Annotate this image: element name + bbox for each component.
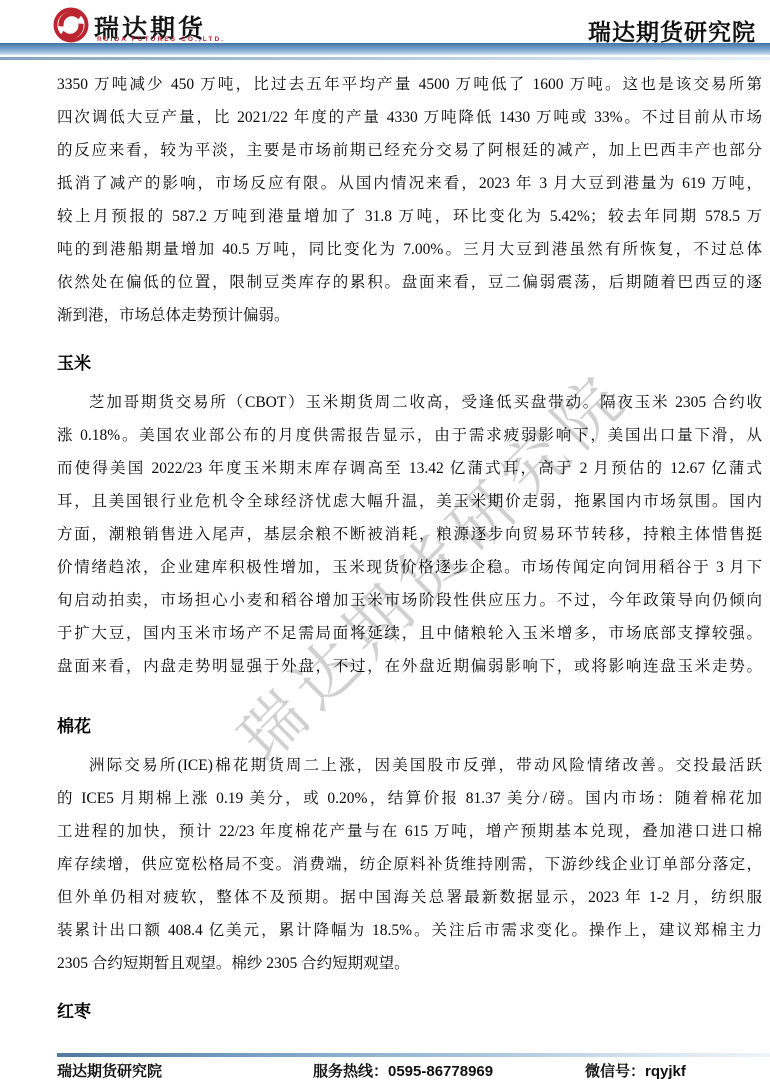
text-line: 方面，潮粮销售进入尾声，基层余粮不断被消耗，粮源逐步向贸易环节转移，持粮主体惜售…	[57, 518, 762, 551]
corn-paragraph: 芝加哥期货交易所（CBOT）玉米期货周二收高，受逢低买盘带动。隔夜玉米 2305…	[57, 386, 762, 683]
text-line: 工进程的加快，预计 22/23 年度棉花产量与在 615 万吨，增产预期基本兑现…	[57, 815, 762, 848]
text-line: 芝加哥期货交易所（CBOT）玉米期货周二收高，受逢低买盘带动。隔夜玉米 2305…	[57, 386, 762, 419]
text-line: 四次调低大豆产量，比 2021/22 年度的产量 4330 万吨降低 1430 …	[57, 101, 762, 134]
soybean-paragraph: 3350 万吨减少 450 万吨，比过去五年平均产量 4500 万吨低了 160…	[57, 68, 762, 332]
report-body: 3350 万吨减少 450 万吨，比过去五年平均产量 4500 万吨低了 160…	[0, 0, 770, 1090]
text-line: 渐到港，市场总体走势预计偏弱。	[57, 299, 762, 332]
text-line: 2305 合约短期暂且观望。棉纱 2305 合约短期观望。	[57, 947, 762, 980]
text-line: 装累计出口额 408.4 亿美元，累计降幅为 18.5%。关注后市需求变化。操作…	[57, 914, 762, 947]
report-page: 瑞达期货 RUIDA FUTURES CO.,LTD. 瑞达期货研究院 瑞达期货…	[0, 0, 770, 1090]
section-heading-cotton: 棉花	[57, 715, 762, 739]
text-line: 盘面来看，内盘走势明显强于外盘，不过，在外盘近期偏弱影响下，或将影响连盘玉米走势…	[57, 650, 762, 683]
text-line: 而使得美国 2022/23 年度玉米期末库存调高至 13.42 亿蒲式耳，高于 …	[57, 452, 762, 485]
text-line: 较上月预报的 587.2 万吨到港量增加了 31.8 万吨，环比变化为 5.42…	[57, 200, 762, 233]
text-line: 抵消了减产的影响，市场反应有限。从国内情况来看，2023 年 3 月大豆到港量为…	[57, 167, 762, 200]
text-line: 吨的到港船期量增加 40.5 万吨，同比变化为 7.00%。三月大豆到港虽然有所…	[57, 233, 762, 266]
text-line: 的反应来看，较为平淡，主要是市场前期已经充分交易了阿根廷的减产，加上巴西丰产也部…	[57, 134, 762, 167]
text-line: 依然处在偏低的位置，限制豆类库存的累积。盘面来看，豆二偏弱震荡，后期随着巴西豆的…	[57, 266, 762, 299]
text-line: 价情绪趋浓，企业建库积极性增加，玉米现货价格逐步企稳。市场传闻定向饲用稻谷于 3…	[57, 551, 762, 584]
cotton-paragraph: 洲际交易所(ICE)棉花期货周二上涨，因美国股市反弹，带动风险情绪改善。交投最活…	[57, 749, 762, 980]
text-line: 于扩大豆，国内玉米市场产不足需局面将延续，且中储粮轮入玉米增多，市场底部支撑较强…	[57, 617, 762, 650]
section-heading-corn: 玉米	[57, 352, 762, 376]
text-line: 耳，且美国银行业危机令全球经济忧虑大幅升温，美玉米期价走弱，拖累国内市场氛围。国…	[57, 485, 762, 518]
text-line: 的 ICE5 月期棉上涨 0.19 美分，或 0.20%，结算价报 81.37 …	[57, 782, 762, 815]
text-line: 涨 0.18%。美国农业部公布的月度供需报告显示，由于需求疲弱影响下，美国出口量…	[57, 419, 762, 452]
text-line: 旬启动拍卖，市场担心小麦和稻谷增加玉米市场阶段性供应压力。不过，今年政策导向仍倾…	[57, 584, 762, 617]
text-line: 但外单仍相对疲软，整体不及预期。据中国海关总署最新数据显示，2023 年 1-2…	[57, 881, 762, 914]
section-heading-jujube: 红枣	[57, 1000, 762, 1024]
text-line: 库存续增，供应宽松格局不变。消费端，纺企原料补货维持刚需，下游纱线企业订单部分落…	[57, 848, 762, 881]
text-line: 洲际交易所(ICE)棉花期货周二上涨，因美国股市反弹，带动风险情绪改善。交投最活…	[57, 749, 762, 782]
text-line: 3350 万吨减少 450 万吨，比过去五年平均产量 4500 万吨低了 160…	[57, 68, 762, 101]
